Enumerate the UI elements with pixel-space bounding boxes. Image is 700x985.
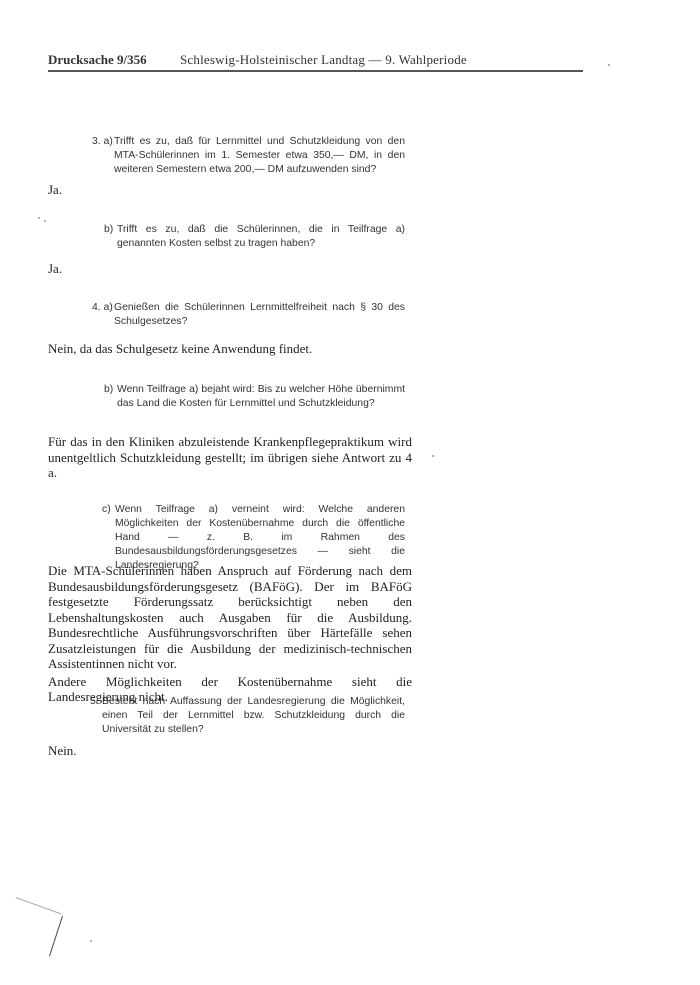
question-text: Wenn Teilfrage a) bejaht wird: Bis zu we…: [117, 383, 405, 411]
answer-4c: Die MTA-Schülerinnen haben Anspruch auf …: [48, 563, 412, 705]
scan-speck: [38, 217, 40, 219]
question-3a: 3. a) Trifft es zu, daß für Lernmittel u…: [92, 135, 405, 177]
page-header: Drucksache 9/356 Schleswig-Holsteinische…: [48, 52, 583, 72]
question-label: 5.: [90, 695, 99, 709]
question-4a: 4. a) Genießen die Schülerinnen Lernmitt…: [92, 301, 405, 329]
scan-mark: [16, 897, 61, 914]
document-number: Drucksache 9/356: [48, 52, 147, 68]
answer-3b: Ja.: [48, 261, 62, 277]
question-label: b): [104, 383, 113, 397]
question-text: Trifft es zu, daß für Lernmittel und Sch…: [114, 135, 405, 177]
scan-speck: [90, 940, 92, 942]
question-text: Besteht nach Auffassung der Landesregier…: [102, 695, 405, 737]
question-3b: b) Trifft es zu, daß die Schülerinnen, d…: [104, 223, 405, 251]
question-label: c): [102, 503, 111, 517]
question-label: b): [104, 223, 113, 237]
question-label: 4. a): [92, 301, 113, 315]
answer-3a: Ja.: [48, 182, 62, 198]
answer-paragraph: Die MTA-Schülerinnen haben Anspruch auf …: [48, 563, 412, 672]
question-label: 3. a): [92, 135, 113, 149]
scan-speck: [608, 64, 610, 66]
answer-4b: Für das in den Kliniken abzuleistende Kr…: [48, 434, 412, 481]
answer-4a: Nein, da das Schulgesetz keine Anwendung…: [48, 341, 312, 357]
scan-mark: [49, 916, 63, 956]
question-5: 5. Besteht nach Auffassung der Landesreg…: [90, 695, 405, 737]
answer-5: Nein.: [48, 743, 77, 759]
parliament-title: Schleswig-Holsteinischer Landtag — 9. Wa…: [180, 52, 467, 68]
question-text: Trifft es zu, daß die Schülerinnen, die …: [117, 223, 405, 251]
question-4b: b) Wenn Teilfrage a) bejaht wird: Bis zu…: [104, 383, 405, 411]
scan-speck: [432, 455, 434, 457]
scan-speck: [44, 220, 46, 222]
question-text: Genießen die Schülerinnen Lernmittelfrei…: [114, 301, 405, 329]
